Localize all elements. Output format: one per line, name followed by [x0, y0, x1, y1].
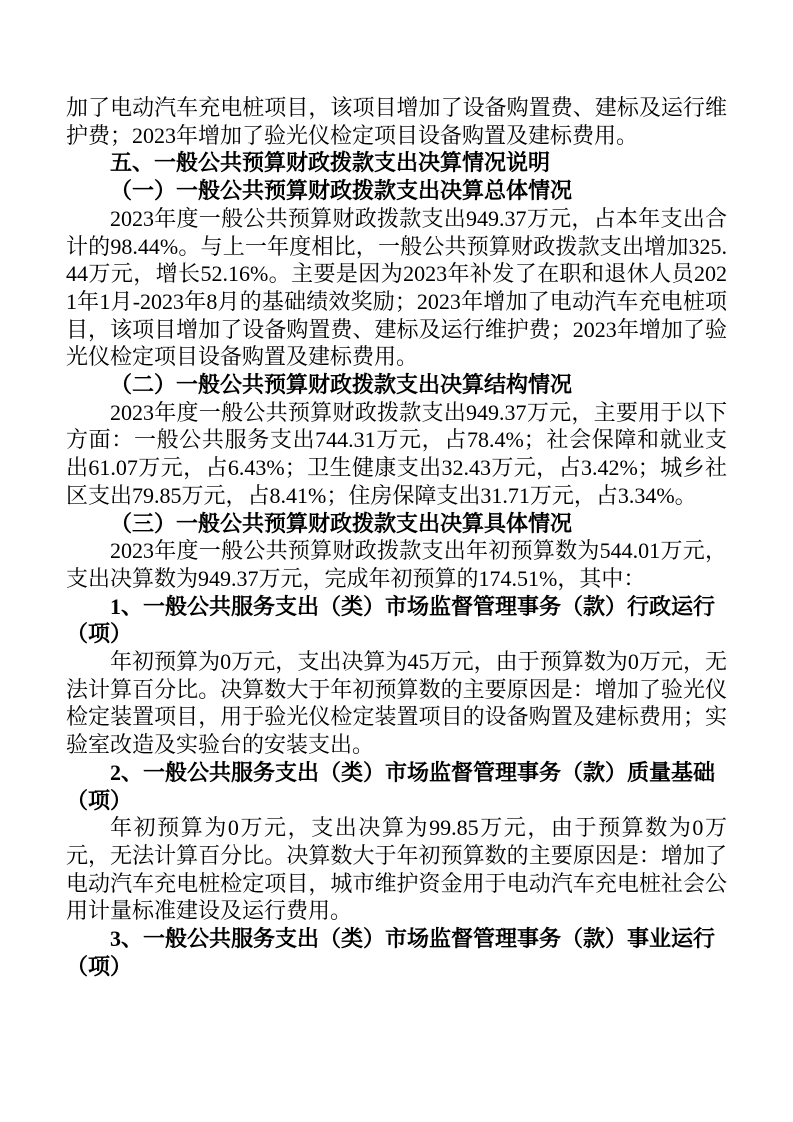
paragraph-item-2-detail: 年初预算为0万元，支出决算为99.85万元，由于预算数为0万元，无法计算百分比。… — [66, 814, 727, 925]
heading-subsection-three: （三）一般公共预算财政拨款支出决算具体情况 — [66, 510, 727, 538]
heading-item-3-institutional-operation: 3、一般公共服务支出（类）市场监督管理事务（款）事业运行（项） — [66, 925, 727, 980]
paragraph-structure-situation: 2023年度一般公共预算财政拨款支出949.37万元，主要用于以下方面：一般公共… — [66, 399, 727, 510]
document-page: 加了电动汽车充电桩项目，该项目增加了设备购置费、建标及运行维护费；2023年增加… — [0, 0, 793, 1122]
heading-item-1-administrative-operation: 1、一般公共服务支出（类）市场监督管理事务（款）行政运行（项） — [66, 593, 727, 648]
paragraph-overall-situation: 2023年度一般公共预算财政拨款支出949.37万元，占本年支出合计的98.44… — [66, 205, 727, 371]
heading-section-five: 五、一般公共预算财政拨款支出决算情况说明 — [66, 149, 727, 177]
heading-item-2-quality-foundation: 2、一般公共服务支出（类）市场监督管理事务（款）质量基础（项） — [66, 759, 727, 814]
paragraph-specific-situation: 2023年度一般公共预算财政拨款支出年初预算数为544.01万元，支出决算数为9… — [66, 537, 727, 592]
paragraph-continuation: 加了电动汽车充电桩项目，该项目增加了设备购置费、建标及运行维护费；2023年增加… — [66, 94, 727, 149]
heading-subsection-one: （一）一般公共预算财政拨款支出决算总体情况 — [66, 177, 727, 205]
paragraph-item-1-detail: 年初预算为0万元，支出决算为45万元，由于预算数为0万元，无法计算百分比。决算数… — [66, 648, 727, 759]
heading-subsection-two: （二）一般公共预算财政拨款支出决算结构情况 — [66, 371, 727, 399]
